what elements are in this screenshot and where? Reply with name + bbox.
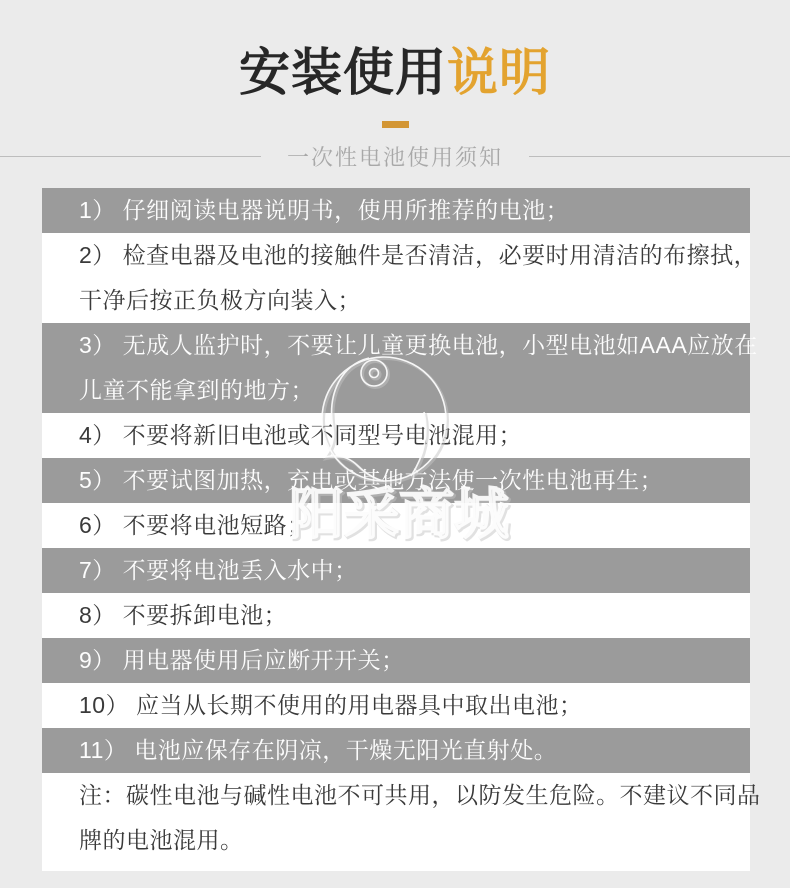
divider-line-right xyxy=(529,156,790,157)
subtitle-divider: 一次性电池使用须知 xyxy=(0,141,790,172)
instruction-sheet: 安装使用说明 一次性电池使用须知 1） 仔细阅读电器说明书，使用所推荐的电池； … xyxy=(0,0,790,888)
list-item: 3） 无成人监护时，不要让儿童更换电池，小型电池如AAA应放在 儿童不能拿到的地… xyxy=(42,323,750,413)
list-item: 7） 不要将电池丢入水中； xyxy=(42,548,750,593)
list-item: 9） 用电器使用后应断开开关； xyxy=(42,638,750,683)
list-item: 1） 仔细阅读电器说明书，使用所推荐的电池； xyxy=(42,188,750,233)
title-accent-text: 说明 xyxy=(447,44,551,101)
page-title: 安装使用说明 xyxy=(0,42,790,104)
list-item: 6） 不要将电池短路； xyxy=(42,503,750,548)
list-item: 4） 不要将新旧电池或不同型号电池混用； xyxy=(42,413,750,458)
title-main-text: 安装使用 xyxy=(239,44,447,101)
list-item: 8） 不要拆卸电池； xyxy=(42,593,750,638)
list-item: 5） 不要试图加热，充电或其他方法使一次性电池再生； xyxy=(42,458,750,503)
subtitle: 一次性电池使用须知 xyxy=(261,141,529,172)
usage-notice-list: 1） 仔细阅读电器说明书，使用所推荐的电池； 2） 检查电器及电池的接触件是否清… xyxy=(42,188,750,871)
title-dash-icon xyxy=(382,121,409,128)
list-item: 11） 电池应保存在阴凉，干燥无阳光直射处。 xyxy=(42,728,750,773)
divider-line-left xyxy=(0,156,261,157)
header: 安装使用说明 xyxy=(0,0,790,128)
note: 注：碳性电池与碱性电池不可共用，以防发生危险。不建议不同品 牌的电池混用。 xyxy=(42,773,750,871)
list-item: 10） 应当从长期不使用的用电器具中取出电池； xyxy=(42,683,750,728)
list-item: 2） 检查电器及电池的接触件是否清洁，必要时用清洁的布擦拭， 干净后按正负极方向… xyxy=(42,233,750,323)
